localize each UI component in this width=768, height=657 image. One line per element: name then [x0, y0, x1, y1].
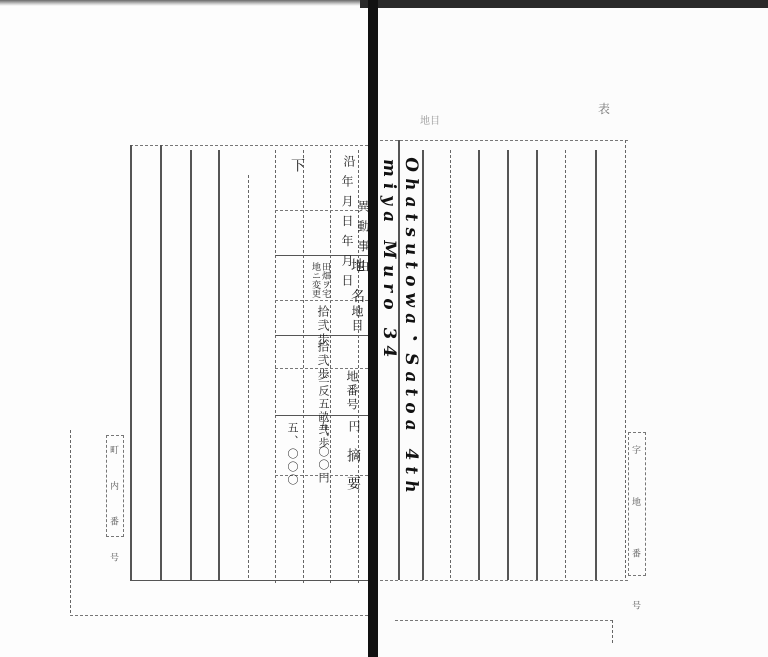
left-outer-bottom-rule [70, 615, 370, 616]
left-vline [190, 150, 192, 580]
tab-char: 番 [630, 549, 640, 578]
right-vline [625, 140, 626, 580]
land-name-label: 地 名 [350, 258, 364, 308]
header-col-date: 沿 [342, 155, 356, 169]
handwritten-annotation: Ohatsutowa・Satoa 4th miya Muro 34 [379, 156, 424, 509]
right-vline [536, 150, 538, 580]
binding-top-edge [360, 0, 768, 8]
right-outer-bottom-rule [395, 620, 615, 621]
left-side-tab-text: 町 内 番 号 [108, 445, 118, 574]
tab-char: 町 [108, 445, 118, 466]
tab-char: 内 [108, 481, 118, 502]
right-vline [507, 150, 509, 580]
left-vline [160, 145, 162, 580]
right-side-tab-text: 字 地 番 号 [630, 445, 640, 630]
header-char: 沿 [342, 155, 356, 169]
left-vline [130, 145, 132, 580]
left-bottom-rule [130, 580, 375, 581]
book-binding-spine [368, 0, 378, 657]
right-vline [478, 150, 480, 580]
note-label: 摘要 [346, 448, 360, 504]
right-vline [450, 150, 451, 580]
right-outer-vline [612, 620, 613, 645]
right-page [380, 0, 768, 657]
change-cause-entry: 田畑ヲ宅地ニ変更 [310, 262, 330, 302]
date-day-1: 日 [340, 215, 354, 229]
left-vline [248, 175, 249, 580]
date-year-1: 年 [340, 175, 354, 189]
value-entry-2: 五、〇〇円 [316, 420, 330, 485]
tab-char: 号 [630, 601, 640, 630]
tab-char: 字 [630, 445, 640, 474]
value-entry-1: 五、〇〇〇 [285, 422, 299, 487]
left-outer-vline [70, 430, 71, 615]
year-mark: 下 [290, 158, 304, 174]
right-vline [565, 150, 566, 580]
right-top-rule [380, 140, 630, 141]
left-vline [218, 150, 220, 580]
left-top-rule [130, 145, 375, 146]
tab-char: 号 [108, 553, 118, 574]
date-month-1: 月 [340, 195, 354, 209]
value-unit-label: 円 [347, 420, 361, 434]
tab-char: 番 [108, 517, 118, 538]
date-year-2: 年 [340, 234, 354, 248]
label-char: 地 [349, 258, 365, 278]
tab-char: 地 [630, 497, 640, 526]
right-vline [595, 150, 597, 580]
land-number-label: 地番号 [345, 370, 359, 412]
right-header-small: 地目 [420, 112, 440, 127]
right-header-mark: 表 [598, 100, 610, 117]
right-bottom-rule [380, 580, 630, 581]
survey-label: 地目 [350, 305, 364, 333]
